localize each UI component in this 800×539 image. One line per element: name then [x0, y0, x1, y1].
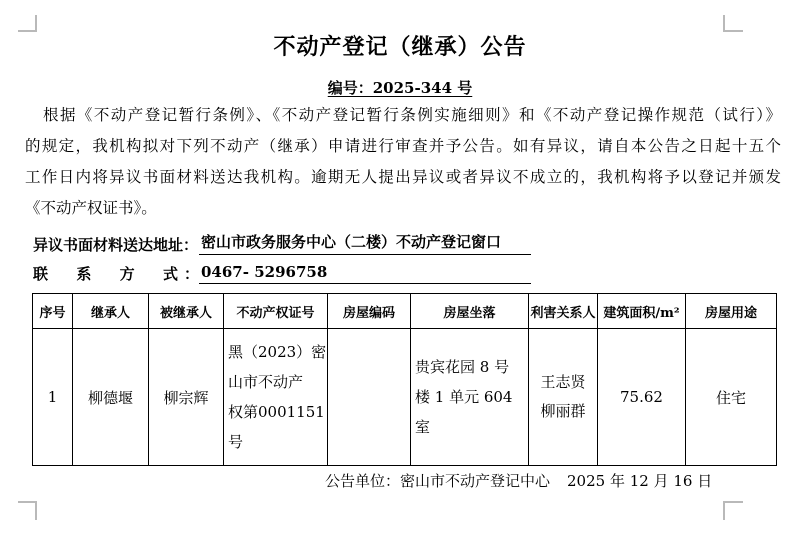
- table-row: 1 柳德堰 柳宗辉 黑（2023）密 山市不动产 权第0001151 号 贵宾花…: [33, 329, 777, 466]
- doc-number: 编号：2025-344 号: [0, 77, 800, 98]
- footer-unit: 公告单位：密山市不动产登记中心: [325, 472, 550, 490]
- footer-date: 2025 年 12 月 16 日: [567, 472, 712, 490]
- announcement-paragraph: 根据《不动产登记暂行条例》、《不动产登记暂行条例实施细则》和《不动产登记操作规范…: [25, 100, 781, 224]
- crop-mark-bottom-left: [18, 501, 37, 520]
- document-page: 不动产登记（继承）公告 编号：2025-344 号 根据《不动产登记暂行条例》、…: [0, 0, 800, 539]
- property-table: 序号 继承人 被继承人 不动产权证号 房屋编码 房屋坐落 利害关系人 建筑面积/…: [32, 293, 777, 466]
- column-header-stakeholders: 利害关系人: [529, 294, 598, 329]
- column-header-house-code: 房屋编码: [328, 294, 411, 329]
- crop-mark-bottom-right: [723, 501, 743, 520]
- cell-heir: 柳德堰: [73, 329, 149, 466]
- paragraph-line: 的规定，我机构拟对下列不动产（继承）申请进行审查并予公告。如有异议，请自本公告之…: [25, 131, 781, 162]
- phone-line: 联 系 方 式 ： 0467- 5296758: [33, 263, 531, 284]
- column-header-use: 房屋用途: [686, 294, 777, 329]
- cell-house-code: [328, 329, 411, 466]
- cell-index: 1: [33, 329, 73, 466]
- phone-value: 0467- 5296758: [199, 263, 531, 284]
- column-header-heir: 继承人: [73, 294, 149, 329]
- column-header-certificate: 不动产权证号: [224, 294, 328, 329]
- cell-house-use: 住宅: [686, 329, 777, 466]
- address-value: 密山市政务服务中心（二楼）不动产登记窗口: [199, 231, 531, 255]
- phone-label: 联 系 方 式 ：: [33, 263, 199, 284]
- address-label: 异议书面材料送达地址：: [33, 234, 199, 255]
- paragraph-line: 工作日内将异议书面材料送达我机构。逾期无人提出异议或者异议不成立的，我机构将予以…: [25, 162, 781, 193]
- phone-label-char: 式: [163, 263, 178, 284]
- address-line: 异议书面材料送达地址： 密山市政务服务中心（二楼）不动产登记窗口: [33, 231, 531, 255]
- column-header-index: 序号: [33, 294, 73, 329]
- cell-location: 贵宾花园 8 号 楼 1 单元 604 室: [411, 329, 529, 466]
- cell-floor-area: 75.62: [598, 329, 686, 466]
- paragraph-line: 根据《不动产登记暂行条例》、《不动产登记暂行条例实施细则》和《不动产登记操作规范…: [25, 100, 781, 131]
- phone-label-char: 联: [33, 263, 48, 284]
- column-header-decedent: 被继承人: [149, 294, 224, 329]
- phone-label-char: 系: [76, 263, 91, 284]
- phone-label-chars: 联 系 方 式: [33, 263, 184, 284]
- phone-label-char: 方: [120, 263, 135, 284]
- column-header-area: 建筑面积/m²: [598, 294, 686, 329]
- phone-label-colon: ：: [184, 263, 199, 284]
- paragraph-line: 《不动产权证书》。: [25, 193, 781, 224]
- footer-line: 公告单位：密山市不动产登记中心2025 年 12 月 16 日: [325, 470, 712, 491]
- cell-stakeholders: 王志贤 柳丽群: [529, 329, 598, 466]
- cell-certificate: 黑（2023）密 山市不动产 权第0001151 号: [224, 329, 328, 466]
- table-header-row: 序号 继承人 被继承人 不动产权证号 房屋编码 房屋坐落 利害关系人 建筑面积/…: [33, 294, 777, 329]
- page-title: 不动产登记（继承）公告: [0, 30, 800, 61]
- column-header-location: 房屋坐落: [411, 294, 529, 329]
- cell-decedent: 柳宗辉: [149, 329, 224, 466]
